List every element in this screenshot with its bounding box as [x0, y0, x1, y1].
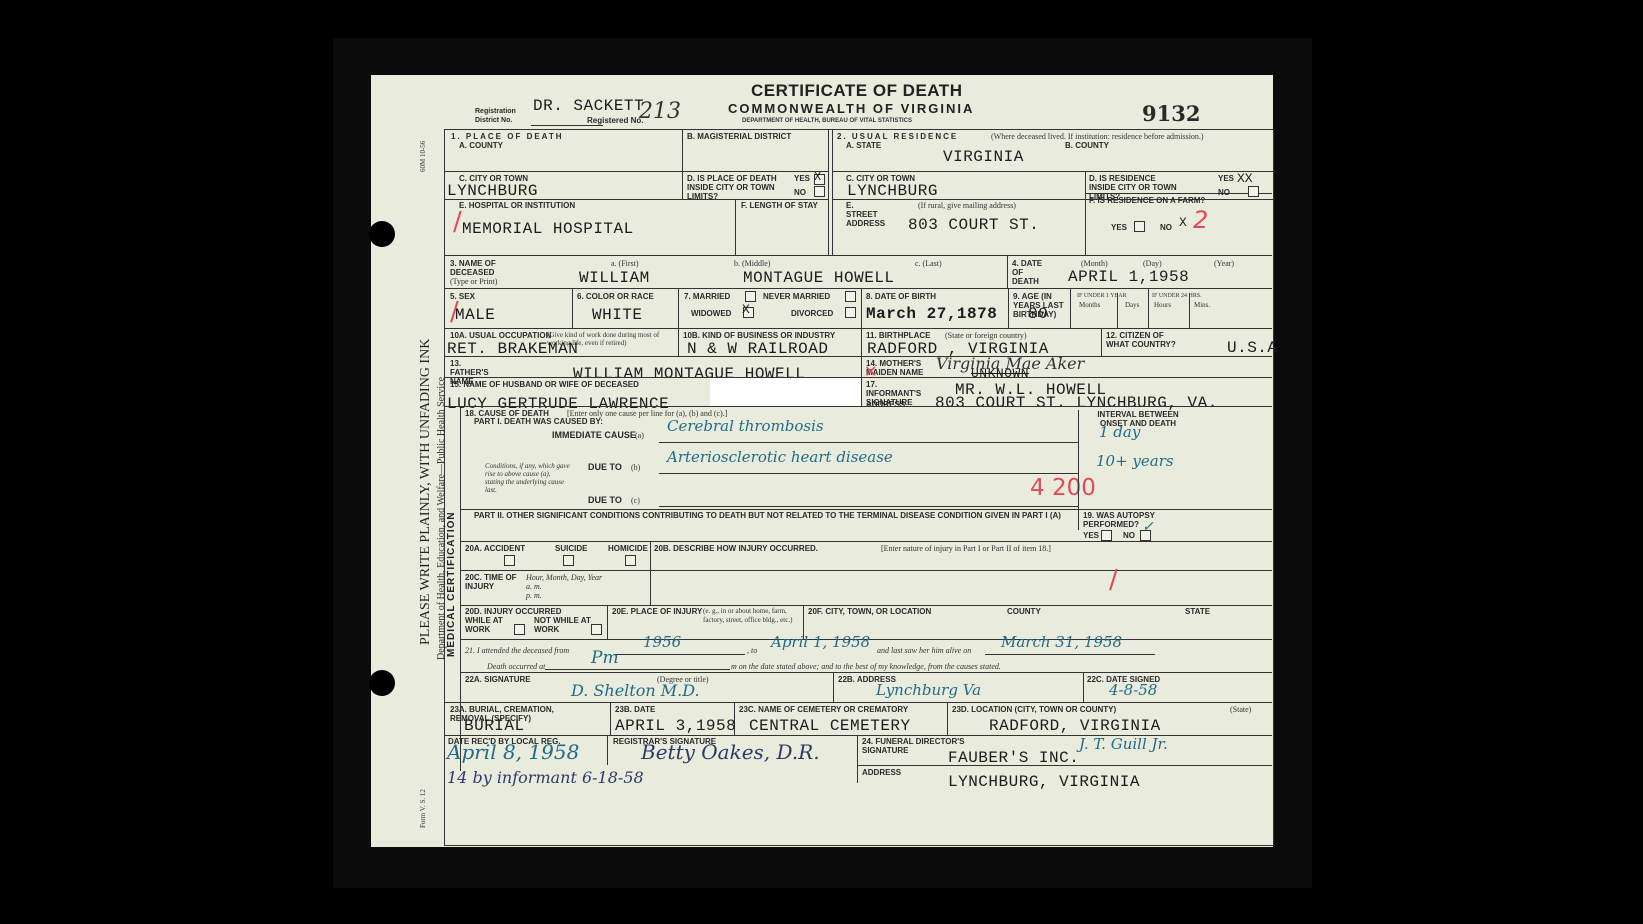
divider: [678, 288, 679, 328]
residence-label: 2. USUAL RESIDENCE: [837, 132, 958, 141]
page-title: CERTIFICATE OF DEATH: [751, 81, 962, 101]
certificate-number: 9132: [1142, 101, 1200, 126]
months-label: Months: [1079, 301, 1100, 310]
c-label: (c): [631, 496, 640, 505]
b-label: (b): [631, 463, 640, 472]
magisterial-label: b. MAGISTERIAL DISTRICT: [687, 132, 791, 141]
director-address-label: ADDRESS: [862, 768, 901, 777]
injury-state-label: STATE: [1185, 607, 1210, 616]
autopsy-yes-label: YES: [1083, 531, 1099, 540]
red-check-mark: /: [1109, 565, 1118, 595]
res-yes-label: YES: [1218, 174, 1234, 183]
cemetery-value: CENTRAL CEMETERY: [749, 717, 911, 735]
immediate-label: IMMEDIATE CAUSE: [552, 431, 636, 440]
divider: [650, 541, 651, 605]
punch-hole: [369, 221, 395, 247]
date-of-death-value: APRIL 1,1958: [1068, 268, 1189, 286]
mother-handwritten: Virginia Mae Aker: [936, 354, 1084, 373]
street-label: e. STREET ADDRESS: [846, 201, 886, 228]
middle-last-name-value: MONTAGUE HOWELL: [743, 269, 895, 287]
hospital-value: MEMORIAL HOSPITAL: [462, 220, 634, 238]
divider: [832, 129, 833, 255]
spouse-label: 15. NAME OF HUSBAND OR WIFE OF DECEASED: [450, 380, 639, 389]
inside-limits-no-checkbox[interactable]: [814, 186, 825, 197]
interval-b-value: 10+ years: [1096, 452, 1174, 470]
accident-label: 20a. ACCIDENT: [465, 544, 525, 553]
divider: [1083, 672, 1084, 702]
divider: [832, 171, 1273, 172]
dob-value: March 27,1878: [866, 305, 997, 323]
red-check-mark: /: [453, 207, 462, 237]
underline: [659, 473, 1078, 474]
state-label: a. STATE: [846, 141, 881, 150]
director-address-value: LYNCHBURG, VIRGINIA: [948, 773, 1140, 791]
divider: [828, 129, 829, 255]
divider: [678, 328, 679, 356]
death-certificate: 60M 10-56 PLEASE WRITE PLAINLY, WITH UNF…: [371, 75, 1273, 847]
birthplace-note: (State or foreign country): [945, 331, 1027, 340]
street-note: (If rural, give mailing address): [918, 201, 1016, 210]
underline: [545, 669, 730, 670]
conditions-note: Conditions, if any, which gave rise to a…: [485, 462, 571, 494]
name-note: (Type or Print): [450, 277, 497, 286]
immediate-cause-value: Cerebral thrombosis: [667, 417, 824, 435]
medical-cert-label: MEDICAL CERTIFICATION: [446, 511, 457, 657]
burial-location-label: 23d. LOCATION (City, town or county): [952, 705, 1116, 714]
age-value: 80: [1028, 305, 1048, 323]
divider: [444, 356, 1272, 357]
race-value: WHITE: [592, 306, 643, 324]
place-of-death-label: 1. PLACE OF DEATH: [451, 132, 564, 141]
mins-label: Mins.: [1194, 301, 1210, 310]
divider: [1078, 410, 1079, 530]
last-saw-label: and last saw her him alive on: [877, 646, 971, 655]
director-signature: J. T. Guill Jr.: [1079, 735, 1168, 753]
married-label: 7. MARRIED: [684, 292, 730, 301]
margin-instruction: PLEASE WRITE PLAINLY, WITH UNFADING INK: [418, 339, 434, 645]
attended-to-label: , to: [747, 646, 757, 655]
divider: [1007, 255, 1008, 288]
yes-label: YES: [794, 174, 810, 183]
time-note-3: p. m.: [526, 591, 542, 600]
place-of-injury-note: (e. g., in or about home, farm, factory,…: [703, 607, 803, 625]
business-label: 10b. KIND OF BUSINESS OR INDUSTRY: [683, 331, 835, 340]
punch-hole: [369, 670, 395, 696]
injury-county-label: COUNTY: [1007, 607, 1041, 616]
burial-date-value: APRIL 3,1958: [615, 717, 736, 735]
county-label: a. COUNTY: [459, 141, 503, 150]
received-value: April 8, 1958: [447, 740, 579, 764]
part1-label: PART I. DEATH WAS CAUSED BY:: [474, 417, 603, 426]
divider: [861, 328, 862, 356]
sex-value: MALE: [455, 306, 495, 324]
farm-mark: X: [1179, 215, 1187, 230]
describe-injury-label: 20b. DESCRIBE HOW INJURY OCCURRED.: [654, 544, 818, 553]
page-subtitle: COMMONWEALTH OF VIRGINIA: [728, 101, 974, 116]
underline: [659, 506, 1078, 507]
time-note-1: Hour, Month, Day, Year: [526, 573, 602, 582]
farm-label: f. IS RESIDENCE ON A FARM?: [1089, 196, 1205, 205]
physician-address-value: Lynchburg Va: [876, 681, 981, 699]
divider: [607, 735, 608, 765]
amendment-note: 14 by informant 6-18-58: [447, 768, 644, 787]
suicide-checkbox[interactable]: [563, 555, 574, 566]
time-of-injury-label: 20c. TIME OF INJURY: [465, 573, 525, 591]
divider: [444, 171, 828, 172]
divider: [861, 288, 862, 328]
interval-a-value: 1 day: [1099, 423, 1140, 441]
divider: [460, 672, 1272, 673]
farm-yes-label: YES: [1111, 223, 1127, 232]
registration-district-label: Registration District No.: [475, 107, 521, 125]
not-while-at-work-label: NOT WHILE AT WORK: [534, 616, 594, 634]
injury-location-label: 20f. CITY, TOWN, OR LOCATION: [808, 607, 931, 616]
date-signed-value: 4-8-58: [1109, 681, 1157, 699]
death-occurred-value: Pm: [591, 648, 619, 668]
no-label: NO: [794, 188, 806, 197]
death-occurred-suffix: m on the date stated above; and to the b…: [731, 662, 1001, 671]
redaction-box: [710, 378, 861, 406]
widowed-label: WIDOWED: [691, 309, 731, 318]
attended-from-value: 1956: [643, 633, 681, 651]
citizen-value: U.S.A: [1227, 339, 1278, 357]
married-checkbox[interactable]: [745, 291, 756, 302]
form-id: Form V. S. 12: [419, 789, 428, 828]
inside-limits-mark: X: [814, 170, 821, 184]
divorced-checkbox[interactable]: [845, 307, 856, 318]
injury-occurred-label: 20d. INJURY OCCURRED: [465, 607, 561, 616]
res-inside-limits-no-checkbox[interactable]: [1248, 186, 1259, 197]
divorced-label: DIVORCED: [791, 309, 833, 318]
burial-date-label: 23b. DATE: [615, 705, 655, 714]
divider: [861, 356, 862, 406]
res-county-label: b. COUNTY: [1065, 141, 1109, 150]
never-married-checkbox[interactable]: [845, 291, 856, 302]
hospital-label: e. HOSPITAL OR INSTITUTION: [459, 201, 575, 210]
divider: [735, 199, 736, 255]
first-name-value: WILLIAM: [579, 269, 650, 287]
attended-prefix: 21. I attended the deceased from: [465, 646, 569, 655]
accident-checkbox[interactable]: [504, 555, 515, 566]
cause-code: 4 200: [1030, 475, 1096, 501]
registrar-signature: Betty Oakes, D.R.: [641, 740, 820, 764]
divider: [460, 605, 1272, 606]
under-day-label: IF UNDER 24 HRS.: [1152, 292, 1202, 301]
middle-name-label: b. (Middle): [734, 259, 770, 268]
while-at-work-checkbox[interactable]: [514, 624, 525, 635]
divider: [861, 377, 1272, 378]
autopsy-yes-checkbox[interactable]: [1101, 530, 1112, 541]
res-inside-limits-mark: XX: [1237, 171, 1253, 186]
signature-label: 22a. SIGNATURE: [465, 675, 531, 684]
divider: [1008, 288, 1009, 328]
divider: [947, 702, 948, 735]
never-married-label: NEVER MARRIED: [763, 292, 830, 301]
suicide-label: SUICIDE: [555, 544, 587, 553]
farm-no-label: NO: [1160, 223, 1172, 232]
due-to-b-label: DUE TO: [588, 463, 622, 472]
red-number-mark: 2: [1193, 206, 1208, 234]
date-of-death-label: 4. DATE OF DEATH: [1012, 259, 1052, 286]
due-to-c-label: DUE TO: [588, 496, 622, 505]
year-label: (Year): [1214, 259, 1234, 268]
divider: [1085, 171, 1086, 255]
attended-to-value: April 1, 1958: [771, 633, 870, 651]
registered-no-label: Registered No.: [587, 116, 643, 125]
underline: [615, 654, 745, 655]
while-at-work-label: WHILE AT WORK: [465, 616, 505, 634]
divider: [682, 129, 683, 199]
homicide-label: HOMICIDE: [608, 544, 648, 553]
last-saw-value: March 31, 1958: [1001, 633, 1122, 651]
state-value: VIRGINIA: [943, 148, 1024, 166]
farm-yes-checkbox[interactable]: [1134, 221, 1145, 232]
month-label: (Month): [1081, 259, 1108, 268]
physician-signature: D. Shelton M.D.: [571, 681, 700, 700]
divider: [444, 328, 1272, 329]
form-code: 60M 10-56: [419, 141, 428, 172]
citizen-label: 12. CITIZEN OF WHAT COUNTRY?: [1106, 331, 1176, 349]
residence-note: (Where deceased lived. If institution: r…: [991, 132, 1204, 141]
burial-state-label: (State): [1230, 705, 1251, 714]
divider: [833, 672, 834, 702]
divider: [1101, 328, 1102, 356]
burial-location-value: RADFORD, VIRGINIA: [989, 717, 1161, 735]
autopsy-no-label: NO: [1123, 531, 1135, 540]
inside-limits-label: d. IS PLACE OF DEATH INSIDE CITY OR TOWN…: [687, 174, 787, 201]
divider: [460, 541, 1272, 542]
burial-type-value: BURIAL: [464, 717, 525, 735]
time-note-2: a. m.: [526, 582, 542, 591]
b-cause-value: Arteriosclerotic heart disease: [667, 448, 893, 466]
occupation-label: 10a. USUAL OCCUPATION: [450, 331, 551, 340]
res-no-label: NO: [1218, 188, 1230, 197]
divider: [460, 570, 1272, 571]
underline: [531, 125, 603, 126]
under-year-label: IF UNDER 1 YEAR: [1077, 292, 1127, 301]
divider: [610, 702, 611, 735]
cemetery-label: 23c. NAME OF CEMETERY OR CREMATORY: [739, 705, 908, 714]
stay-label: f. LENGTH OF STAY: [741, 201, 821, 210]
part2-label: PART II. OTHER SIGNIFICANT CONDITIONS CO…: [474, 511, 1064, 521]
describe-injury-note: [Enter nature of injury in Part I or Par…: [881, 544, 1051, 553]
informant-address-label: ADDRESS: [866, 400, 905, 409]
divider: [444, 255, 1272, 256]
divider: [857, 735, 858, 783]
underline: [985, 654, 1155, 655]
street-value: 803 COURT ST.: [908, 216, 1039, 234]
death-occurred-label: Death occurred at: [487, 662, 545, 671]
director-value: FAUBER'S INC.: [948, 749, 1079, 767]
res-city-value: LYNCHBURG: [847, 182, 938, 200]
day-label: (Day): [1143, 259, 1162, 268]
divider: [460, 509, 1272, 510]
dob-label: 8. DATE OF BIRTH: [866, 292, 936, 301]
days-label: Days: [1125, 301, 1139, 310]
homicide-checkbox[interactable]: [625, 555, 636, 566]
registered-no-value: 213: [639, 99, 681, 124]
divider: [607, 605, 608, 639]
divider: [444, 406, 1272, 407]
place-of-injury-label: 20e. PLACE OF INJURY: [612, 607, 702, 616]
red-x-mark: ✕: [864, 362, 877, 381]
hours-label: Hours: [1154, 301, 1171, 310]
birthplace-label: 11. BIRTHPLACE: [866, 331, 930, 340]
race-label: 6. COLOR OR RACE: [577, 292, 654, 301]
divider: [444, 702, 1272, 703]
first-name-label: a. (First): [611, 259, 639, 268]
widowed-mark: X: [742, 302, 750, 317]
last-name-label: c. (Last): [915, 259, 942, 268]
divider: [572, 288, 573, 328]
city-value: LYNCHBURG: [447, 182, 538, 200]
department-line: DEPARTMENT OF HEALTH, BUREAU OF VITAL ST…: [742, 118, 912, 124]
a-label: (a): [635, 431, 644, 440]
name-label: 3. NAME OF DECEASED: [450, 259, 510, 277]
autopsy-mark: ✓: [1142, 519, 1154, 535]
underline: [659, 442, 1078, 443]
registration-district-value: DR. SACKETT: [533, 97, 644, 115]
divider: [1148, 288, 1149, 328]
not-while-at-work-checkbox[interactable]: [591, 624, 602, 635]
